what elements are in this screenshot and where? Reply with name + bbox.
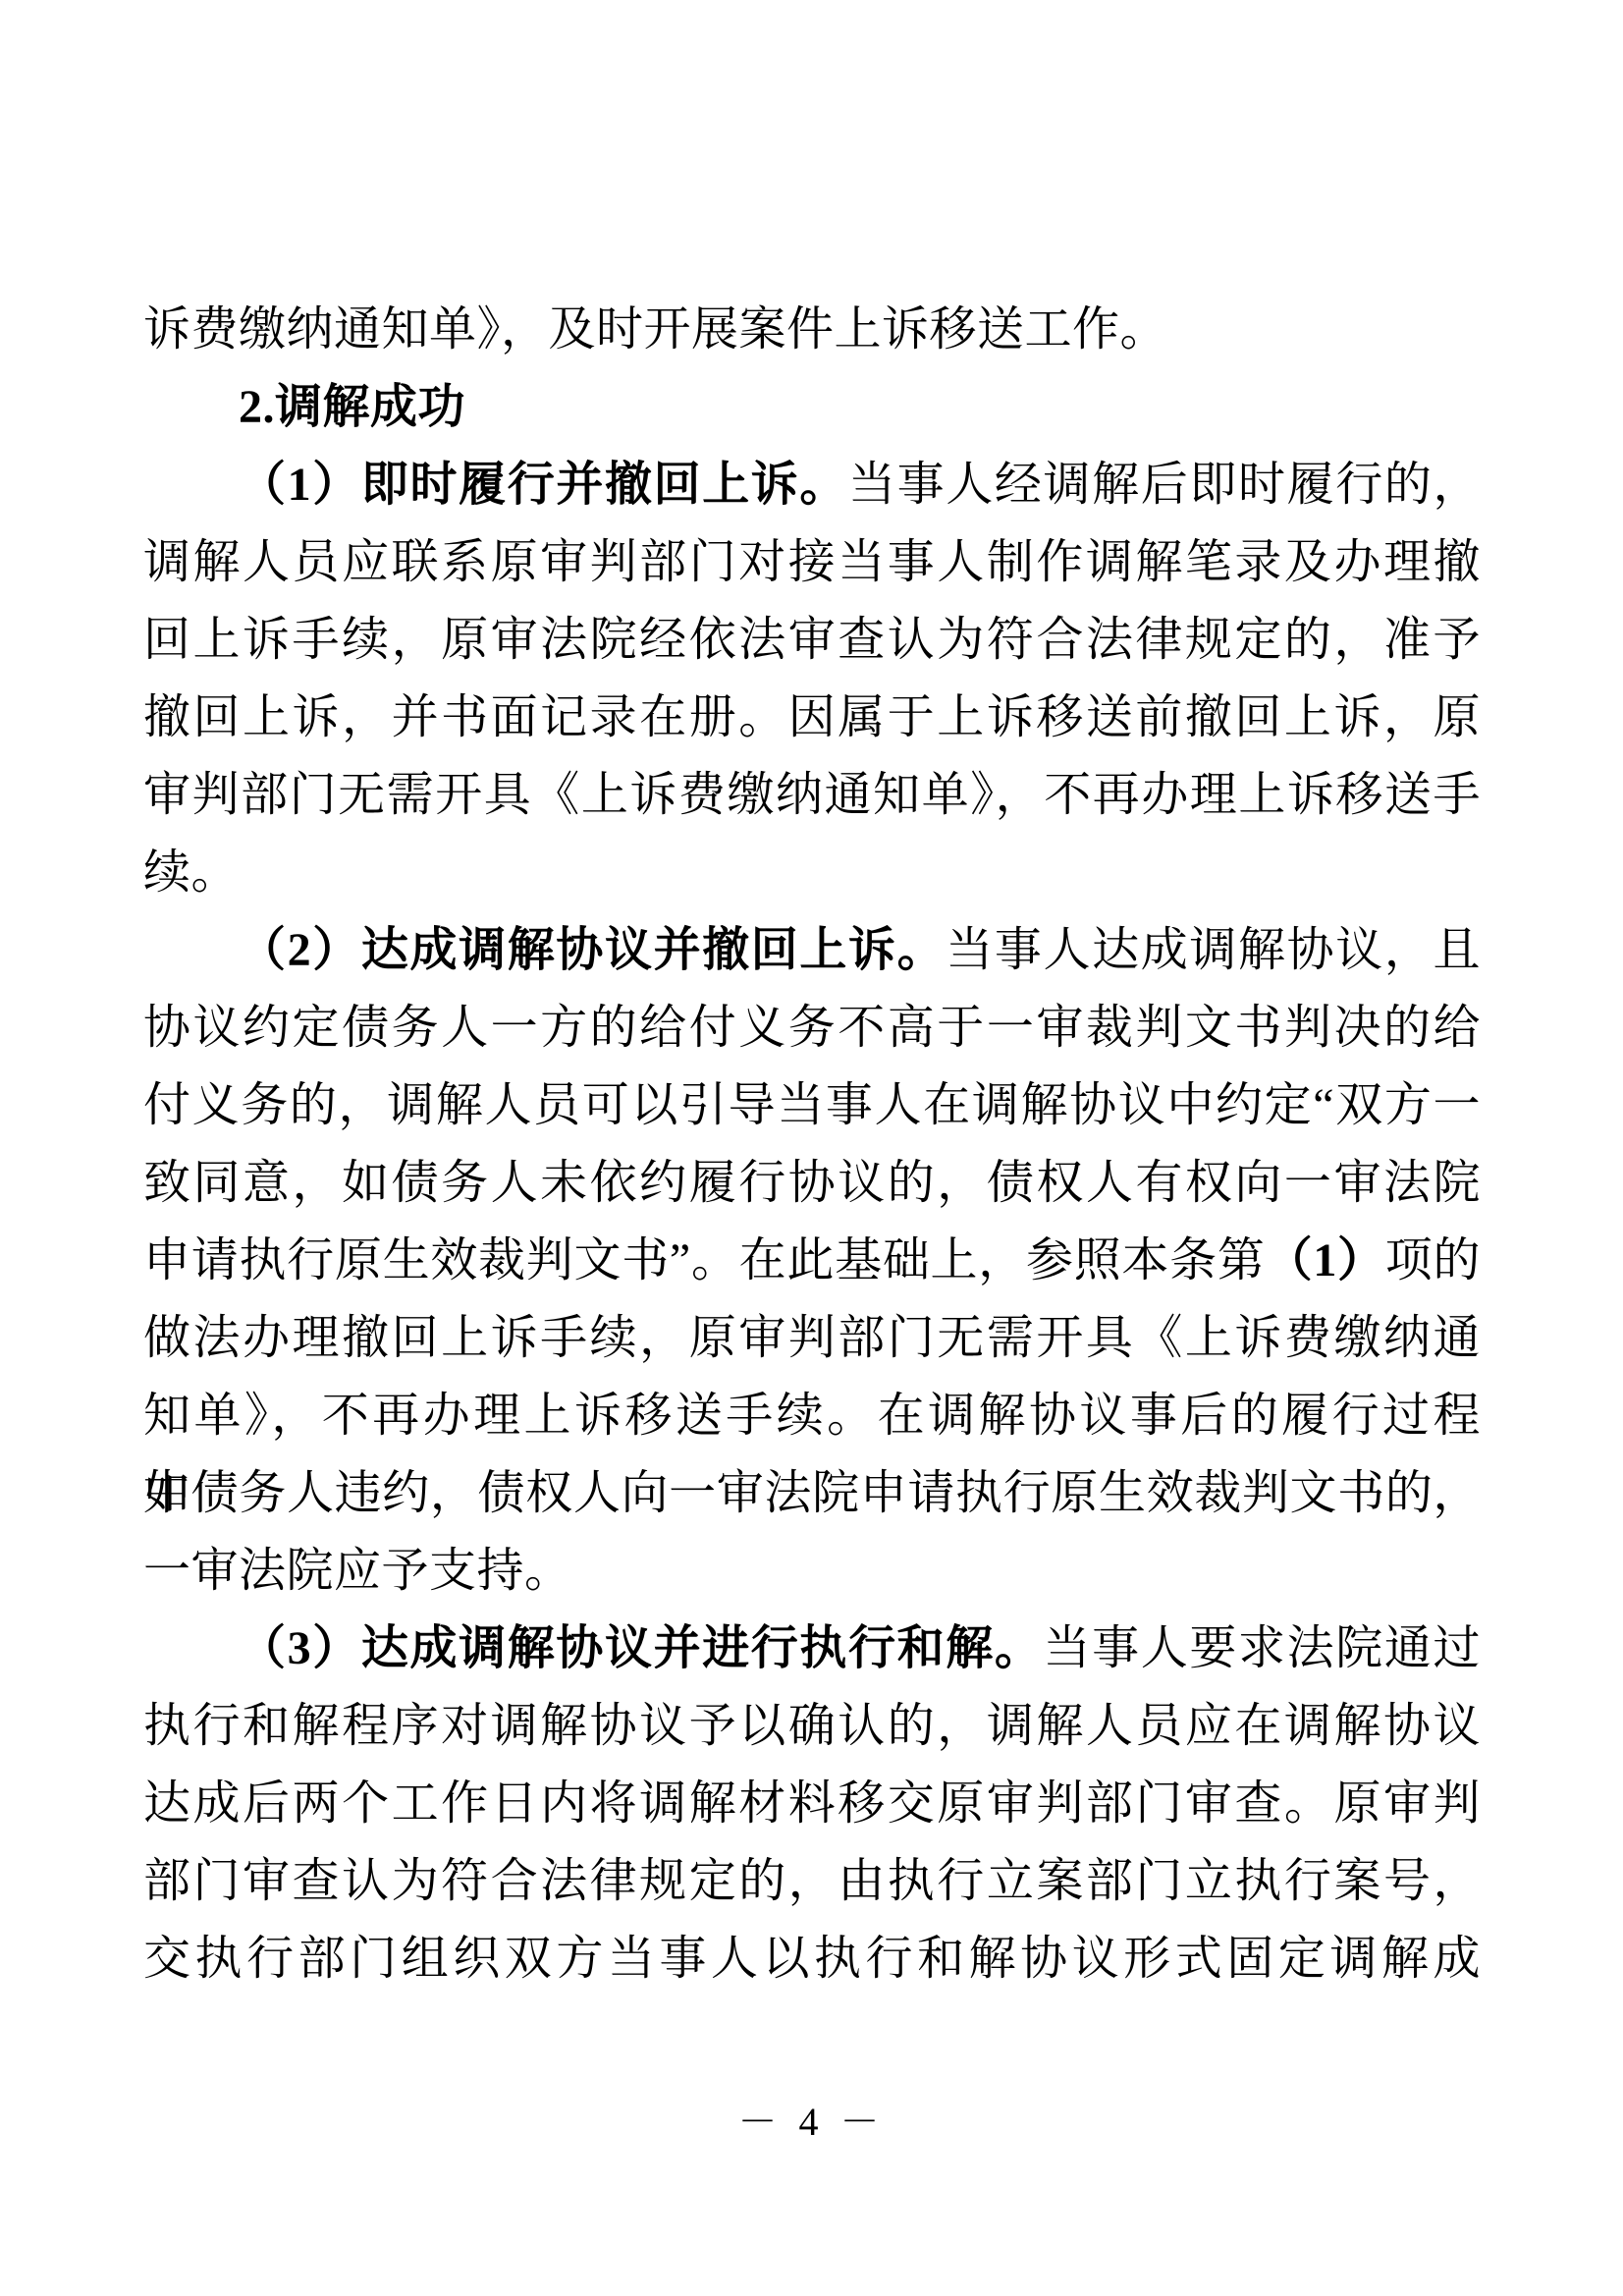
text-segment: 交执行部门组织双方当事人以执行和解协议形式固定调解成 <box>143 1933 1481 1985</box>
text-segment: 达成后两个工作日内将调解材料移交原审判部门审查。原审判 <box>143 1777 1481 1830</box>
text-segment: 付义务的，调解人员可以引导当事人在调解协议中约定“双方一 <box>143 1079 1481 1131</box>
page-number: － 4 － <box>0 2098 1623 2147</box>
text-segment: （1） <box>1266 1234 1385 1286</box>
text-segment: 如债务人违约，债权人向一审法院申请执行原生效裁判文书的， <box>143 1467 1481 1519</box>
text-segment: 项的 <box>1385 1234 1481 1286</box>
text-segment: （3）达成调解协议并进行执行和解。 <box>239 1622 1044 1674</box>
text-segment: 做法办理撤回上诉手续，原审判部门无需开具《上诉费缴纳通 <box>143 1312 1481 1364</box>
text-segment: 当事人达成调解协议，且 <box>946 924 1481 976</box>
text-segment: 致同意，如债务人未依约履行协议的，债权人有权向一审法院 <box>143 1157 1481 1209</box>
text-line: 致同意，如债务人未依约履行协议的，债权人有权向一审法院 <box>143 1144 1481 1222</box>
text-line: 如债务人违约，债权人向一审法院申请执行原生效裁判文书的， <box>143 1454 1481 1532</box>
text-line: 协议约定债务人一方的给付义务不高于一审裁判文书判决的给 <box>143 989 1481 1066</box>
text-segment: 回上诉手续，原审法院经依法审查认为符合法律规定的，准予 <box>143 614 1481 666</box>
text-line: 达成后两个工作日内将调解材料移交原审判部门审查。原审判 <box>143 1765 1481 1842</box>
text-segment: 撤回上诉，并书面记录在册。因属于上诉移送前撤回上诉，原 <box>143 691 1481 743</box>
text-segment: 部门审查认为符合法律规定的，由执行立案部门立执行案号， <box>143 1855 1481 1907</box>
text-segment: （2）达成调解协议并撤回上诉。 <box>239 924 946 976</box>
text-line: 审判部门无需开具《上诉费缴纳通知单》，不再办理上诉移送手 <box>143 756 1481 834</box>
text-line: 调解人员应联系原审判部门对接当事人制作调解笔录及办理撤 <box>143 523 1481 601</box>
text-line: 申请执行原生效裁判文书”。在此基础上，参照本条第（1）项的 <box>143 1222 1481 1299</box>
text-segment: 当事人经调解后即时履行的， <box>848 459 1481 511</box>
text-line: 做法办理撤回上诉手续，原审判部门无需开具《上诉费缴纳通 <box>143 1299 1481 1377</box>
text-line: 部门审查认为符合法律规定的，由执行立案部门立执行案号， <box>143 1842 1481 1920</box>
text-segment: 2.调解成功 <box>239 381 465 433</box>
text-segment: 执行和解程序对调解协议予以确认的，调解人员应在调解协议 <box>143 1700 1481 1752</box>
text-line: 2.调解成功 <box>143 368 1481 446</box>
text-line: （2）达成调解协议并撤回上诉。当事人达成调解协议，且 <box>143 911 1481 989</box>
text-line: 续。 <box>143 834 1481 911</box>
text-segment: 调解人员应联系原审判部门对接当事人制作调解笔录及办理撤 <box>143 536 1481 588</box>
document-page: 诉费缴纳通知单》，及时开展案件上诉移送工作。2.调解成功（1）即时履行并撤回上诉… <box>0 0 1623 2296</box>
text-line: （3）达成调解协议并进行执行和解。当事人要求法院通过 <box>143 1610 1481 1687</box>
text-segment: （1）即时履行并撤回上诉。 <box>239 459 848 511</box>
text-line: 知单》，不再办理上诉移送手续。在调解协议事后的履行过程中， <box>143 1377 1481 1454</box>
text-line: （1）即时履行并撤回上诉。当事人经调解后即时履行的， <box>143 446 1481 523</box>
text-segment: 审判部门无需开具《上诉费缴纳通知单》，不再办理上诉移送手 <box>143 769 1481 821</box>
text-segment: 申请执行原生效裁判文书”。在此基础上，参照本条第 <box>143 1234 1266 1286</box>
text-segment: 诉费缴纳通知单》，及时开展案件上诉移送工作。 <box>143 303 1167 355</box>
text-segment: 当事人要求法院通过 <box>1044 1622 1481 1674</box>
text-line: 执行和解程序对调解协议予以确认的，调解人员应在调解协议 <box>143 1687 1481 1765</box>
text-line: 回上诉手续，原审法院经依法审查认为符合法律规定的，准予 <box>143 601 1481 679</box>
text-line: 交执行部门组织双方当事人以执行和解协议形式固定调解成 <box>143 1920 1481 1997</box>
text-segment: 一审法院应予支持。 <box>143 1545 572 1597</box>
document-body: 诉费缴纳通知单》，及时开展案件上诉移送工作。2.调解成功（1）即时履行并撤回上诉… <box>143 291 1481 1997</box>
text-segment: 续。 <box>143 847 239 899</box>
text-line: 诉费缴纳通知单》，及时开展案件上诉移送工作。 <box>143 291 1481 368</box>
text-line: 撤回上诉，并书面记录在册。因属于上诉移送前撤回上诉，原 <box>143 679 1481 756</box>
text-line: 一审法院应予支持。 <box>143 1532 1481 1610</box>
text-line: 付义务的，调解人员可以引导当事人在调解协议中约定“双方一 <box>143 1066 1481 1144</box>
text-segment: 协议约定债务人一方的给付义务不高于一审裁判文书判决的给 <box>143 1002 1481 1054</box>
